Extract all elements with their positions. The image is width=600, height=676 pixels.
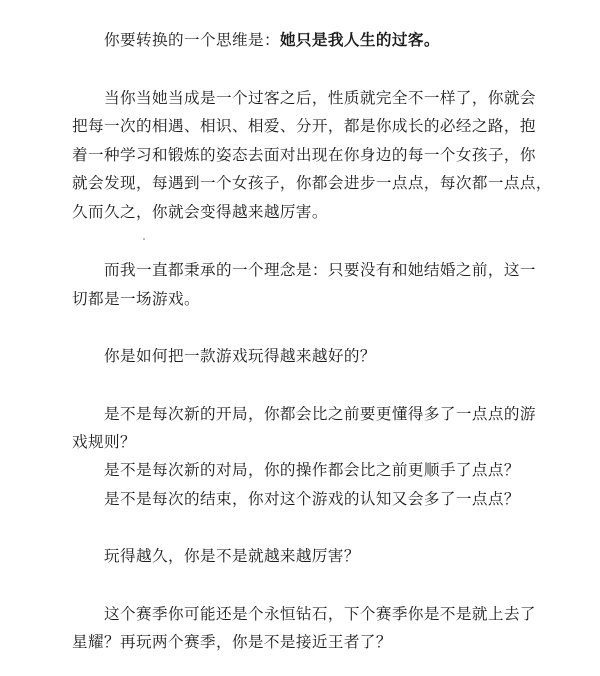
paragraph-5-line-4: 是不是每次的结束，你对这个游戏的认知又会多了一点点？ [104, 489, 520, 509]
paragraph-5-line-2: 戏规则？ [72, 432, 136, 452]
paragraph-2-line-1: 当你当她当成是一个过客之后，性质就完全不一样了，你就会 [104, 88, 536, 108]
paragraph-3-line-2: 切都是一场游戏。 [72, 289, 200, 309]
emphasis-text: 她只是我人生的过客。 [280, 31, 440, 49]
paragraph-4-line-1: 你是如何把一款游戏玩得越来越好的？ [104, 346, 376, 366]
paragraph-1-line-1: 你要转换的一个思维是：她只是我人生的过客。 [104, 30, 440, 50]
paragraph-3-line-1: 而我一直都秉承的一个理念是：只要没有和她结婚之前，这一 [104, 260, 536, 280]
paragraph-5-line-1: 是不是每次新的开局，你都会比之前要更懂得多了一点点的游 [104, 404, 536, 424]
paragraph-2-line-2: 把每一次的相遇、相识、相爱、分开，都是你成长的必经之路，抱 [72, 116, 536, 136]
paragraph-5-line-3: 是不是每次新的对局，你的操作都会比之前更顺手了点点？ [104, 460, 520, 480]
paragraph-6-line-1: 玩得越久，你是不是就越来越厉害？ [104, 546, 360, 566]
paragraph-2-line-4: 就会发现，每遇到一个女孩子，你都会进步一点点，每次都一点点， [72, 173, 552, 193]
paragraph-7-line-1: 这个赛季你可能还是个永恒钻石，下个赛季你是不是就上去了 [104, 604, 536, 624]
lead-text: 你要转换的一个思维是： [104, 31, 280, 49]
scan-speck [143, 238, 145, 240]
paragraph-7-line-2: 星耀？再玩两个赛季，你是不是接近王者了？ [72, 632, 392, 652]
paragraph-2-line-3: 着一种学习和锻炼的姿态去面对出现在你身边的每一个女孩子，你 [72, 145, 536, 165]
paragraph-2-line-5: 久而久之，你就会变得越来越厉害。 [72, 202, 328, 222]
